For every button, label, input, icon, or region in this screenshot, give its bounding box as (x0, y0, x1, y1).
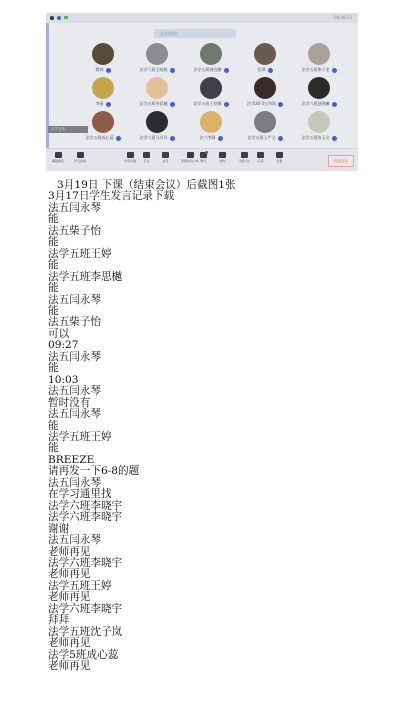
transcript-line: 在学习通里找 (48, 489, 236, 500)
participant-tile[interactable]: 法学六班赵晓曦 (292, 77, 346, 107)
avatar (146, 77, 168, 99)
manage-members-icon (187, 152, 194, 158)
transcript-line: 法五柴子怡 (48, 317, 236, 328)
meeting-toolbar: 结束会议 解除静音开启视频共享屏幕安全成员管理成员(15)聊天录制分组讨论应用设… (46, 148, 358, 171)
participant-name: 法学六班马丹丹 (140, 135, 168, 141)
record-button[interactable]: 录制 (219, 152, 226, 163)
transcript-line: 法五柴子怡 (48, 226, 236, 237)
toolbar-label: 成员 (162, 159, 168, 163)
participant-name: 法学五班柴子龙 (302, 67, 330, 73)
transcript-line: 法学六班李晓宇 (48, 512, 236, 523)
transcript-line: 法学六班李晓宇 (48, 604, 236, 615)
apps-button[interactable]: 应用 (257, 152, 264, 163)
mic-muted-icon (170, 102, 175, 107)
avatar (146, 111, 168, 133)
shield-button[interactable]: 安全 (143, 152, 150, 163)
participant-tile[interactable]: 法六李静 (184, 111, 238, 141)
mic-muted-icon (224, 102, 229, 107)
microphone-icon (55, 152, 62, 158)
mic-muted-icon (170, 136, 175, 141)
avatar (308, 43, 330, 65)
avatar (200, 77, 222, 99)
screen-share-button[interactable]: 共享屏幕 (124, 152, 136, 163)
avatar (146, 43, 168, 65)
mic-muted-icon (332, 136, 337, 141)
settings-icon (276, 152, 283, 158)
transcript-line: 拜拜 (48, 615, 236, 626)
participant-name: 法学20-5万四海 (247, 101, 276, 107)
participant-grid: 教师 法学六班王晓敏 法学五班韩宜鹏 沈琪 法学五班柴子龙 李丽 法学五班李思樾… (76, 43, 346, 141)
participant-tile[interactable]: 法学20-5万四海 (238, 77, 292, 107)
participant-tile[interactable]: 法学六班王晓敏 (130, 43, 184, 73)
microphone-button[interactable]: 解除静音 (52, 152, 64, 163)
participant-name: 法学五班于欣娜 (194, 101, 222, 107)
toolbar-label: 聊天 (200, 159, 206, 163)
participant-tile[interactable]: 李丽 (76, 77, 130, 107)
screen-share-icon (127, 152, 134, 158)
window-topbar: 00:38:25 (46, 13, 358, 23)
shield-icon (143, 152, 150, 158)
status-dot-icon (50, 16, 54, 20)
avatar (200, 43, 222, 65)
participant-tile[interactable]: 法学五班柴子龙 (292, 43, 346, 73)
mic-muted-icon (106, 102, 111, 107)
transcript-line: 能 (48, 283, 236, 294)
meeting-screenshot: 00:38:25 正在讲话: 教师 法学六班王晓敏 法学五班韩宜鹏 沈琪 法学五… (46, 13, 358, 171)
transcript-line: 法五闫永琴 (48, 352, 236, 363)
camera-icon (77, 152, 84, 158)
speaking-indicator: 正在讲话: (154, 29, 236, 38)
transcript-line: 法五闫永琴 (48, 535, 236, 546)
meeting-clock: 00:38:25 (334, 15, 352, 20)
notification-dot (205, 151, 208, 154)
participant-name: 法学五班王严全 (248, 135, 276, 141)
chat-icon (200, 152, 207, 158)
members-button[interactable]: 成员 (162, 152, 169, 163)
participant-name: 法学六班王晓敏 (140, 67, 168, 73)
settings-button[interactable]: 设置 (276, 152, 283, 163)
participant-tile[interactable]: 法学六班马丹丹 (130, 111, 184, 141)
toolbar-label: 应用 (257, 159, 263, 163)
mic-muted-icon (278, 102, 283, 107)
participant-name: 法学五班韩宜鹏 (194, 67, 222, 73)
transcript-line: 能 (48, 260, 236, 271)
record-icon (219, 152, 226, 158)
toolbar-label: 开启视频 (74, 159, 86, 163)
transcript-line: 法学五班李思樾 (48, 272, 236, 283)
mic-muted-icon (278, 136, 283, 141)
transcript-line: 法五闫永琴 (48, 295, 236, 306)
transcript-document: 3月19日 下课（结束会议）后截图1张 3月17日学生发言记录下载法五闫永琴能法… (48, 180, 236, 672)
transcript-line: 法学五班王婷 (48, 249, 236, 260)
transcript-line: 能 (48, 237, 236, 248)
toolbar-label: 录制 (219, 159, 225, 163)
end-meeting-button[interactable]: 结束会议 (328, 155, 354, 167)
transcript-line: 老师再见 (48, 638, 236, 649)
toolbar-label: 管理成员(15) (181, 159, 199, 163)
participant-tile[interactable]: 教师 (76, 43, 130, 73)
participant-tile[interactable]: 沈琪 (238, 43, 292, 73)
participant-tile[interactable]: 法学五班韩宜鹏 (184, 43, 238, 73)
toolbar-label: 解除静音 (52, 159, 64, 163)
mic-muted-icon (268, 68, 273, 73)
camera-button[interactable]: 开启视频 (74, 152, 86, 163)
avatar (92, 111, 114, 133)
apps-icon (257, 152, 264, 158)
avatar (254, 43, 276, 65)
mic-muted-icon (116, 136, 121, 141)
participant-name: 法六李静 (200, 135, 216, 141)
avatar (308, 77, 330, 99)
chat-button[interactable]: 聊天 (200, 152, 207, 163)
mic-muted-icon (332, 102, 337, 107)
info-dot-icon (57, 16, 61, 20)
participant-name: 教师 (96, 67, 104, 73)
participant-name: 法学六班赵晓曦 (302, 101, 330, 107)
breakout-icon (241, 152, 248, 158)
signal-icon (64, 16, 68, 19)
participant-tile[interactable]: 法学五班陈玉女 (292, 111, 346, 141)
mic-muted-icon (332, 68, 337, 73)
transcript-line: 法学五班王婷 (48, 432, 236, 443)
participant-tile[interactable]: 法学五班于欣娜 (184, 77, 238, 107)
avatar (308, 111, 330, 133)
toolbar-label: 设置 (276, 159, 282, 163)
avatar (200, 111, 222, 133)
mic-muted-icon (106, 68, 111, 73)
transcript-line: 法五闫永琴 (48, 409, 236, 420)
participant-name: 法学五班李思樾 (140, 101, 168, 107)
toolbar-label: 共享屏幕 (124, 159, 136, 163)
participant-name: 法学五班陈玉女 (302, 135, 330, 141)
avatar (92, 43, 114, 65)
toolbar-label: 分组讨论 (238, 159, 250, 163)
manage-members-button[interactable]: 管理成员(15) (181, 152, 199, 163)
transcript-line: 法五闫永琴 (48, 203, 236, 214)
toast-notification: 法学五班... (48, 126, 88, 133)
participant-name: 沈琪 (258, 67, 266, 73)
participant-name: 法学五班成心蕊 (86, 135, 114, 141)
toolbar-label: 安全 (143, 159, 149, 163)
breakout-button[interactable]: 分组讨论 (238, 152, 250, 163)
mic-muted-icon (170, 68, 175, 73)
members-icon (162, 152, 169, 158)
participant-tile[interactable]: 法学五班王严全 (238, 111, 292, 141)
mic-muted-icon (224, 68, 229, 73)
mic-muted-icon (218, 136, 223, 141)
participant-tile[interactable]: 法学五班李思樾 (130, 77, 184, 107)
avatar (254, 111, 276, 133)
participant-name: 李丽 (96, 101, 104, 107)
avatar (254, 77, 276, 99)
transcript-line: 老师再见 (48, 661, 236, 672)
avatar (92, 77, 114, 99)
transcript-line: 法五闫永琴 (48, 386, 236, 397)
transcript-line: 能 (48, 363, 236, 374)
